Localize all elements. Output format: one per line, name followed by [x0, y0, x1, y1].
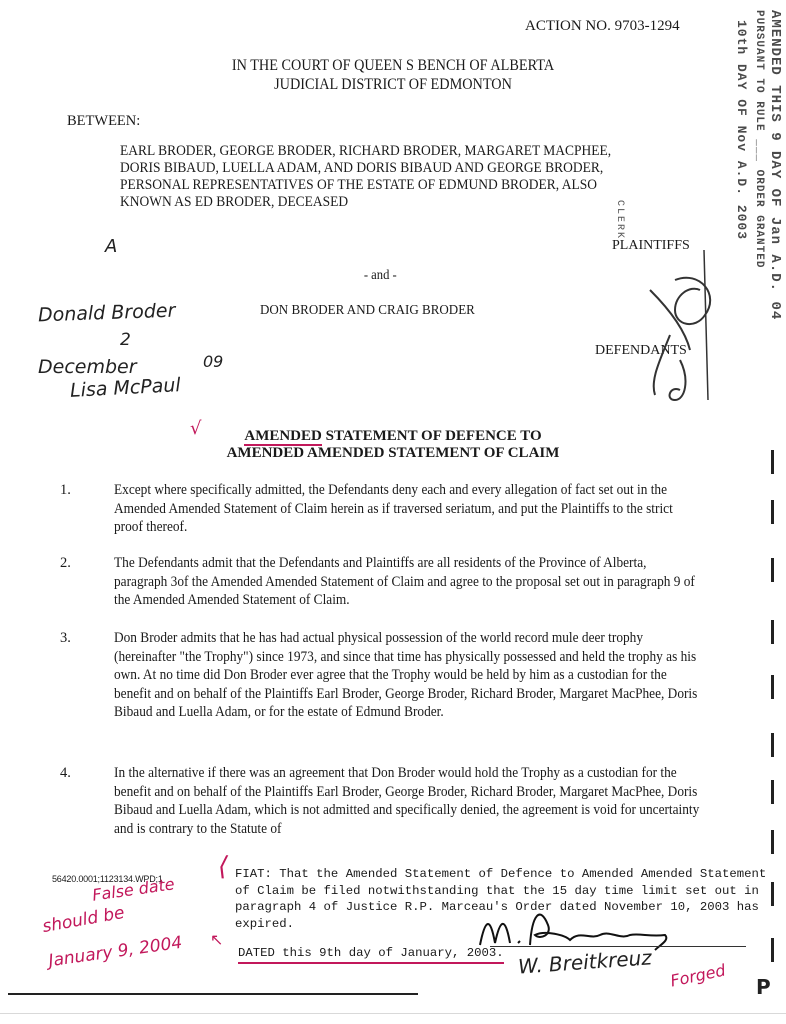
plaintiff-line: PERSONAL REPRESENTATIVES OF THE ESTATE O… — [120, 177, 622, 194]
title-line1: STATEMENT OF DEFENCE TO — [322, 428, 542, 444]
handwritten-letter: A — [105, 236, 117, 257]
handwritten-month: December — [38, 356, 137, 378]
page-edge — [0, 1013, 786, 1014]
title-amended-word: AMENDED — [244, 428, 322, 446]
dated-line: DATED this 9th day of January, 2003. — [238, 946, 504, 964]
paragraph-text: Don Broder admits that he has had actual… — [114, 629, 703, 722]
stamp-line: AMENDED THIS 9 DAY OF Jan A.D. 04 — [767, 10, 783, 320]
change-bar — [771, 558, 774, 582]
court-name: IN THE COURT OF QUEEN S BENCH OF ALBERTA — [31, 56, 754, 75]
court-heading: IN THE COURT OF QUEEN S BENCH OF ALBERTA… — [0, 56, 786, 94]
change-bar — [771, 938, 774, 962]
change-bar — [771, 675, 774, 699]
handwritten-forged-note: Forged — [669, 960, 727, 990]
defendant-names: DON BRODER AND CRAIG BRODER — [260, 303, 475, 319]
paragraph-number: 1. — [60, 481, 71, 500]
handwritten-correct-date: January 9, 2004 — [47, 933, 183, 972]
paragraph-text: The Defendants admit that the Defendants… — [114, 554, 703, 610]
handwritten-name: Donald Broder — [38, 300, 176, 327]
plaintiff-line: DORIS BIBAUD, LUELLA ADAM, AND DORIS BIB… — [120, 160, 622, 177]
action-number: ACTION NO. 9703-1294 — [525, 18, 680, 35]
stamp-line: PURSUANT TO RULE ___ ORDER GRANTED — [753, 10, 765, 268]
clerk-signature-icon — [630, 240, 720, 410]
handwritten-day: 2 — [120, 330, 131, 350]
paragraph-text: In the alternative if there was an agree… — [114, 764, 703, 838]
plaintiff-line: EARL BRODER, GEORGE BRODER, RICHARD BROD… — [120, 143, 622, 160]
and-separator: - and - — [364, 268, 397, 284]
paragraph-number: 3. — [60, 629, 71, 648]
change-bar — [771, 500, 774, 524]
change-bar — [771, 830, 774, 854]
change-bar — [771, 620, 774, 644]
handwritten-year: 09 — [203, 352, 223, 371]
arrow-icon: ↖ — [210, 930, 223, 949]
stamp-line: 10th DAY OF Nov A.D. 2003 — [734, 20, 749, 240]
clerk-stamp: CLERK — [614, 200, 625, 240]
handwritten-should-be-note: should be — [41, 903, 126, 937]
judicial-district: JUDICIAL DISTRICT OF EDMONTON — [31, 75, 754, 94]
plaintiff-line: KNOWN AS ED BRODER, DECEASED — [120, 194, 622, 211]
change-bar — [771, 450, 774, 474]
paragraph-number: 2. — [60, 554, 71, 573]
change-bar — [771, 733, 774, 757]
title-line2: AMENDED AMENDED STATEMENT OF CLAIM — [0, 445, 786, 462]
change-bar — [771, 780, 774, 804]
footer-rule — [8, 993, 418, 995]
paragraph-text: Except where specifically admitted, the … — [114, 481, 703, 537]
page-mark: P — [756, 975, 771, 999]
handwritten-initials: Lisa McPaul — [70, 374, 182, 402]
between-label: BETWEEN: — [67, 113, 140, 130]
judge-signature-icon — [470, 905, 710, 955]
paragraph-number: 4. — [60, 764, 71, 783]
document-title: AMENDED STATEMENT OF DEFENCE TO AMENDED … — [0, 428, 786, 462]
bracket-annotation-icon: ⟨ — [218, 852, 228, 882]
plaintiff-names: EARL BRODER, GEORGE BRODER, RICHARD BROD… — [120, 143, 622, 211]
filing-stamp: AMENDED THIS 9 DAY OF Jan A.D. 04 PURSUA… — [735, 0, 783, 400]
